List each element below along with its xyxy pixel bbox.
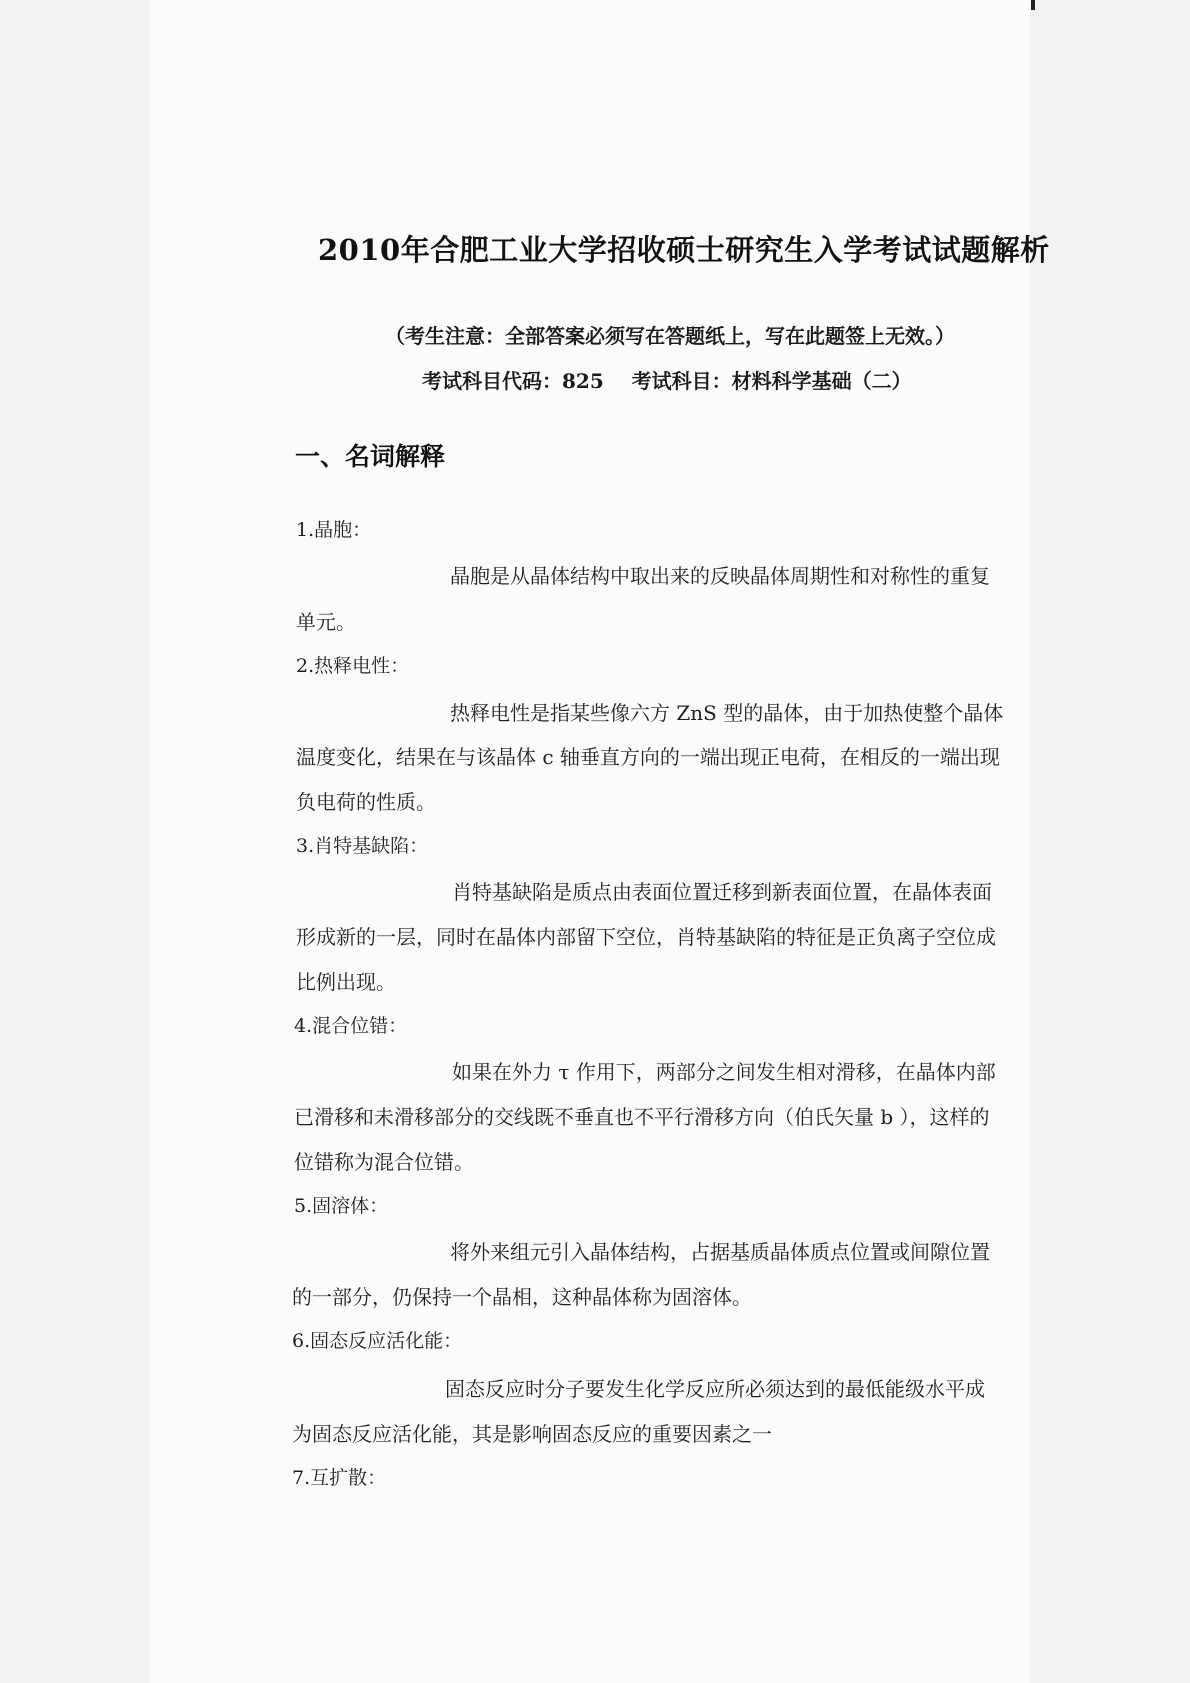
term-text-line: 如果在外力 τ 作用下，两部分之间发生相对滑移，在晶体内部 [452, 1056, 996, 1085]
term-text-line: 比例出现。 [296, 966, 396, 995]
term-text-line: 位错称为混合位错。 [294, 1146, 474, 1175]
term-text-line: 的一部分，仍保持一个晶相，这种晶体称为固溶体。 [292, 1281, 752, 1310]
document-title: 2010年合肥工业大学招收硕士研究生入学考试试题解析 [318, 228, 1050, 269]
term-label: 4.混合位错： [294, 1011, 407, 1038]
exam-notice: （考生注意：全部答案必须写在答题纸上，写在此题签上无效。） [385, 320, 955, 349]
term-text-line: 形成新的一层，同时在晶体内部留下空位，肖特基缺陷的特征是正负离子空位成 [296, 921, 996, 950]
subject-line: 考试科目代码：825 考试科目：材料科学基础（二） [422, 365, 912, 394]
term-text-line: 固态反应时分子要发生化学反应所必须达到的最低能级水平成 [445, 1373, 985, 1402]
term-text-line: 晶胞是从晶体结构中取出来的反映晶体周期性和对称性的重复 [450, 560, 990, 589]
term-text-line: 为固态反应活化能，其是影响固态反应的重要因素之一 [292, 1418, 772, 1447]
term-text-line: 温度变化，结果在与该晶体 c 轴垂直方向的一端出现正电荷，在相反的一端出现 [296, 741, 1000, 770]
term-text-line: 单元。 [296, 606, 356, 635]
term-text-line: 负电荷的性质。 [296, 786, 436, 815]
scan-mark [1031, 0, 1035, 10]
term-text-line: 热释电性是指某些像六方 ZnS 型的晶体，由于加热使整个晶体 [450, 697, 1003, 726]
term-text-line: 肖特基缺陷是质点由表面位置迁移到新表面位置，在晶体表面 [452, 876, 992, 905]
term-text-line: 已滑移和未滑移部分的交线既不垂直也不平行滑移方向（伯氏矢量 b ），这样的 [294, 1101, 990, 1130]
term-label: 5.固溶体： [294, 1191, 388, 1218]
section-heading: 一、名词解释 [295, 437, 445, 473]
term-label: 1.晶胞： [296, 515, 371, 542]
term-label: 6.固态反应活化能： [292, 1326, 462, 1353]
term-label: 7.互扩散： [292, 1463, 386, 1490]
term-label: 3.肖特基缺陷： [296, 831, 428, 858]
term-text-line: 将外来组元引入晶体结构，占据基质晶体质点位置或间隙位置 [450, 1236, 990, 1265]
term-label: 2.热释电性： [296, 651, 409, 678]
